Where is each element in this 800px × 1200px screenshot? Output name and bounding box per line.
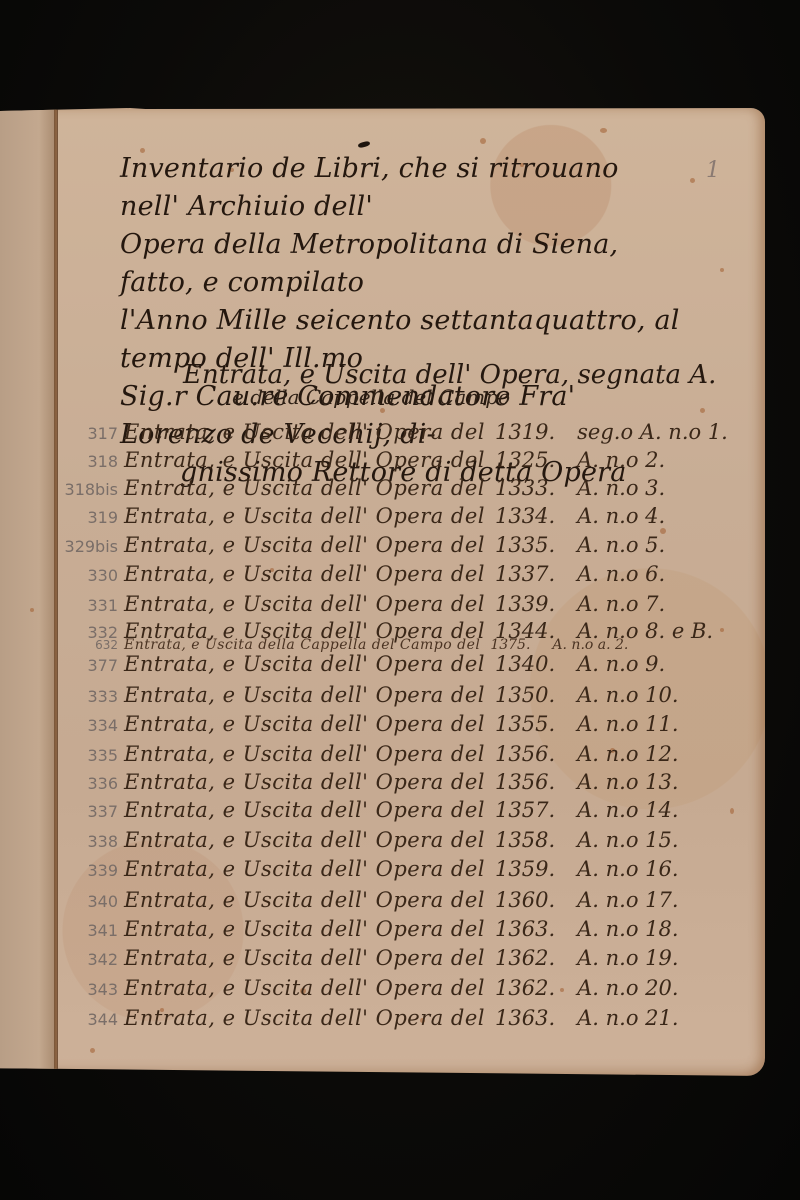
entry-description: Entrata, e Uscita dell' Opera del (124, 798, 485, 822)
entry-signature: A. n.o 16. (577, 857, 678, 881)
entry-signature: A. n.o 9. (577, 652, 665, 676)
entry-year: 1356. (495, 742, 555, 766)
entry-signature: A. n.o 5. (577, 533, 665, 557)
inventory-entry: 330Entrata, e Uscita dell' Opera del1337… (62, 562, 652, 590)
entry-signature: A. n.o 10. (577, 683, 678, 707)
inventory-entry: 336Entrata, e Uscita dell' Opera del1356… (62, 770, 652, 798)
inventory-entry: 341Entrata, e Uscita dell' Opera del1363… (62, 917, 652, 945)
inventory-entry: 377Entrata, e Uscita dell' Opera del1340… (62, 652, 652, 680)
entry-signature: A. n.o 14. (577, 798, 678, 822)
entry-description: Entrata, e Uscita dell' Opera del (124, 770, 485, 794)
margin-number: 334 (62, 716, 124, 735)
margin-number: 335 (62, 746, 124, 765)
entry-year: 1339. (495, 592, 555, 616)
margin-number: 339 (62, 861, 124, 880)
entry-year: 1359. (495, 857, 555, 881)
entry-description: Entrata, e Uscita dell' Opera del (124, 712, 485, 736)
inventory-entry: 338Entrata, e Uscita dell' Opera del1358… (62, 828, 652, 856)
inventory-entry: 317Entrata, e Uscita dell' Opera del1319… (62, 420, 652, 448)
entry-description: Entrata, e Uscita dell' Opera del (124, 448, 485, 472)
margin-number: 317 (62, 424, 124, 443)
inventory-entry: 318bisEntrata, e Uscita dell' Opera del1… (62, 476, 652, 504)
entry-description: Entrata, e Uscita dell' Opera del (124, 562, 485, 586)
previous-leaf-edge (0, 108, 56, 1076)
entry-signature: A. n.o 6. (577, 562, 665, 586)
entry-signature: A. n.o 13. (577, 770, 678, 794)
margin-number: 318bis (62, 480, 124, 499)
entry-year: 1334. (495, 504, 555, 528)
margin-number: 319 (62, 508, 124, 527)
entry-description: Entrata, e Uscita dell' Opera del (124, 917, 485, 941)
inventory-entry: 340Entrata, e Uscita dell' Opera del1360… (62, 888, 652, 916)
margin-number: 338 (62, 832, 124, 851)
entry-description: Entrata, e Uscita dell' Opera del (124, 683, 485, 707)
entry-description: Entrata, e Uscita dell' Opera del (124, 742, 485, 766)
margin-number: 377 (62, 656, 124, 675)
entry-signature: A. n.o 11. (577, 712, 678, 736)
inventory-entry: 319Entrata, e Uscita dell' Opera del1334… (62, 504, 652, 532)
entry-description: Entrata, e Uscita della Cappella del Cam… (124, 637, 480, 653)
entry-year: 1358. (495, 828, 555, 852)
entry-signature: A. n.o 18. (577, 917, 678, 941)
margin-number: 343 (62, 980, 124, 999)
entry-year: 1350. (495, 683, 555, 707)
entry-year: 1362. (495, 976, 555, 1000)
margin-number: 632 (62, 638, 124, 652)
entry-year: 1375. (490, 637, 530, 653)
entry-year: 1335. (495, 533, 555, 557)
entry-signature: seg.o A. n.o 1. (577, 420, 728, 444)
entry-description: Entrata, e Uscita dell' Opera del (124, 1006, 485, 1030)
entry-signature: A. n.o 4. (577, 504, 665, 528)
entry-year: 1333. (495, 476, 555, 500)
entry-description: Entrata, e Uscita dell' Opera del (124, 420, 485, 444)
inventory-entry: 339Entrata, e Uscita dell' Opera del1359… (62, 857, 652, 885)
entry-year: 1356. (495, 770, 555, 794)
margin-number: 336 (62, 774, 124, 793)
inventory-entry: 318Entrata, e Uscita dell' Opera del1325… (62, 448, 652, 476)
entry-year: 1355. (495, 712, 555, 736)
entry-description: Entrata, e Uscita dell' Opera del (124, 946, 485, 970)
margin-number: 337 (62, 802, 124, 821)
entry-year: 1363. (495, 917, 555, 941)
entry-signature: A. n.o a. 2. (552, 637, 628, 653)
entry-description: Entrata, e Uscita dell' Opera del (124, 976, 485, 1000)
entry-year: 1337. (495, 562, 555, 586)
entry-year: 1340. (495, 652, 555, 676)
entry-description: Entrata, e Uscita dell' Opera del (124, 592, 485, 616)
inventory-entry: 344Entrata, e Uscita dell' Opera del1363… (62, 1006, 652, 1034)
entry-year: 1357. (495, 798, 555, 822)
margin-number: 330 (62, 566, 124, 585)
entry-signature: A. n.o 19. (577, 946, 678, 970)
entry-description: Entrata, e Uscita dell' Opera del (124, 828, 485, 852)
margin-number: 341 (62, 921, 124, 940)
entry-signature: A. n.o 20. (577, 976, 678, 1000)
margin-number: 318 (62, 452, 124, 471)
entry-year: 1362. (495, 946, 555, 970)
entry-signature: A. n.o 12. (577, 742, 678, 766)
entry-signature: A. n.o 2. (577, 448, 665, 472)
inventory-entry: 337Entrata, e Uscita dell' Opera del1357… (62, 798, 652, 826)
section-subheading: e della Cappella del Campo (232, 385, 510, 409)
inventory-entry: 334Entrata, e Uscita dell' Opera del1355… (62, 712, 652, 740)
inventory-entry: 335Entrata, e Uscita dell' Opera del1356… (62, 742, 652, 770)
inventory-entry: 329bisEntrata, e Uscita dell' Opera del1… (62, 533, 652, 561)
interlinear-entry: 632Entrata, e Uscita della Cappella del … (62, 637, 652, 653)
entry-signature: A. n.o 21. (577, 1006, 678, 1030)
entry-signature: A. n.o 3. (577, 476, 665, 500)
margin-number: 342 (62, 950, 124, 969)
entry-description: Entrata, e Uscita dell' Opera del (124, 652, 485, 676)
binding-gutter (54, 108, 58, 1076)
inventory-entry: 331Entrata, e Uscita dell' Opera del1339… (62, 592, 652, 620)
entry-description: Entrata, e Uscita dell' Opera del (124, 888, 485, 912)
entry-signature: A. n.o 15. (577, 828, 678, 852)
entry-signature: A. n.o 7. (577, 592, 665, 616)
entry-year: 1319. (495, 420, 555, 444)
entry-year: 1325. (495, 448, 555, 472)
inventory-entry: 342Entrata, e Uscita dell' Opera del1362… (62, 946, 652, 974)
entry-description: Entrata, e Uscita dell' Opera del (124, 857, 485, 881)
entry-signature: A. n.o 17. (577, 888, 678, 912)
margin-number: 344 (62, 1010, 124, 1029)
margin-number: 340 (62, 892, 124, 911)
entry-description: Entrata, e Uscita dell' Opera del (124, 504, 485, 528)
margin-number: 331 (62, 596, 124, 615)
entry-description: Entrata, e Uscita dell' Opera del (124, 476, 485, 500)
title-line-1: Inventario de Libri, che si ritrouano ne… (120, 150, 680, 226)
margin-number: 333 (62, 687, 124, 706)
entry-year: 1363. (495, 1006, 555, 1030)
inventory-entry: 343Entrata, e Uscita dell' Opera del1362… (62, 976, 652, 1004)
inventory-entry: 333Entrata, e Uscita dell' Opera del1350… (62, 683, 652, 711)
folio-number: 1 (706, 158, 720, 183)
entry-description: Entrata, e Uscita dell' Opera del (124, 533, 485, 557)
margin-number: 329bis (62, 537, 124, 556)
title-line-2: Opera della Metropolitana di Siena, fatt… (120, 226, 680, 302)
entry-year: 1360. (495, 888, 555, 912)
